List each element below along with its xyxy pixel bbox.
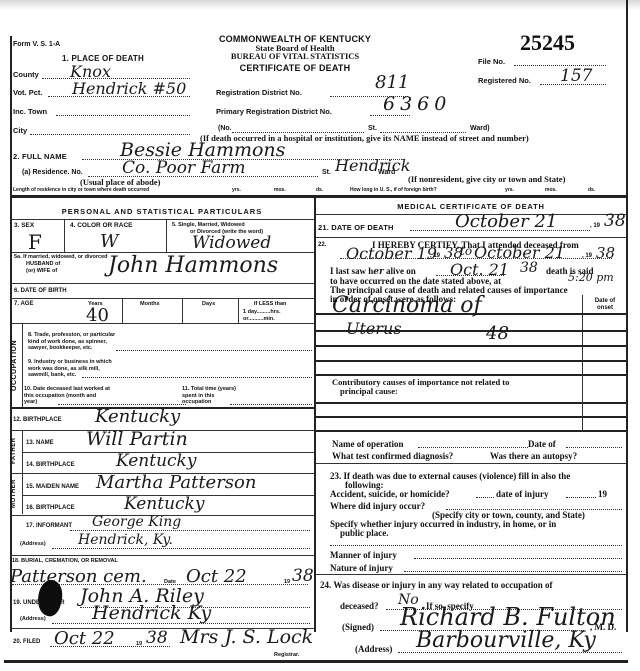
date-of-death-year[interactable]: 38 bbox=[604, 211, 626, 231]
burial-date-value[interactable]: Oct 22 bbox=[186, 566, 247, 587]
physician-address-value[interactable]: Barbourville, Ky bbox=[416, 628, 596, 653]
spouse-value[interactable]: John Hammons bbox=[108, 253, 278, 278]
last-saw-text-2: alive on bbox=[386, 266, 416, 276]
nature-label: Nature of injury bbox=[330, 563, 393, 573]
father-name-value[interactable]: Will Partin bbox=[86, 428, 188, 450]
attended-to-label: to bbox=[460, 244, 472, 258]
total-time-label: 11. Total time (years) spent in this occ… bbox=[182, 386, 236, 406]
race-value[interactable]: W bbox=[100, 231, 119, 252]
informant-address-line bbox=[52, 548, 310, 549]
race-label: 4. COLOR OR RACE bbox=[70, 222, 132, 229]
autopsy-label: Was there an autopsy? bbox=[490, 451, 577, 461]
primary-registration-line bbox=[370, 115, 410, 116]
birthplace-label: 12. BIRTHPLACE bbox=[13, 417, 62, 424]
age-divider bbox=[238, 298, 239, 323]
residence-st-value[interactable]: Hendrick bbox=[335, 156, 410, 175]
injury-date-label: date of injury bbox=[496, 489, 549, 499]
cause-rule bbox=[316, 374, 626, 376]
city-ward-label: Ward) bbox=[470, 125, 490, 132]
residence-st-label: St. bbox=[322, 169, 331, 176]
row-rule bbox=[316, 463, 626, 464]
last-worked-field[interactable] bbox=[58, 404, 186, 405]
total-time-field[interactable] bbox=[230, 404, 312, 405]
residence-value[interactable]: Co. Poor Farm bbox=[122, 158, 246, 178]
accident-field[interactable] bbox=[476, 497, 494, 498]
row-rule bbox=[316, 574, 626, 575]
date-onset-label-2: onset bbox=[587, 305, 623, 312]
occupation-side-divider bbox=[22, 323, 23, 407]
onset-column-divider bbox=[582, 370, 583, 432]
primary-registration-value[interactable]: 6360 bbox=[383, 93, 451, 115]
contributory-rule bbox=[316, 402, 626, 404]
date-of-death-year-prefix: , 19 bbox=[590, 223, 600, 230]
age-divider bbox=[182, 298, 183, 323]
mother-birthplace-value[interactable]: Kentucky bbox=[124, 494, 204, 514]
last-saw-year[interactable]: 38 bbox=[520, 260, 538, 276]
test-label: What test confirmed diagnosis? bbox=[332, 451, 453, 461]
attended-to-year[interactable]: 38 bbox=[596, 244, 615, 262]
cause-line-1[interactable]: Carcinoma of bbox=[332, 293, 482, 318]
trade-label-3: sawyer, bookkeeper, etc. bbox=[28, 345, 115, 352]
scan-edge bbox=[0, 0, 640, 10]
spouse-label-3: (or) WIFE of bbox=[26, 268, 57, 275]
total-time-label-1: 11. Total time (years) bbox=[182, 386, 236, 393]
deceased-label: deceased? bbox=[340, 601, 379, 611]
row-rule bbox=[10, 323, 314, 324]
time-of-death-value[interactable]: 5:20 pm bbox=[568, 271, 614, 284]
race-marital-divider bbox=[166, 219, 167, 252]
vot-pct-value[interactable]: Hendrick #50 bbox=[72, 79, 186, 98]
mother-side-label: MOTHER bbox=[11, 476, 17, 512]
cause-line-2[interactable]: Uterus bbox=[346, 319, 402, 338]
informant-address-value[interactable]: Hendrick, Ky. bbox=[78, 532, 173, 548]
row-rule bbox=[10, 283, 314, 284]
filed-year-prefix: 19 bbox=[136, 641, 142, 648]
residence-ds-label: ds. bbox=[316, 187, 323, 194]
or-min-label: or..........min. bbox=[243, 316, 275, 323]
mother-name-value[interactable]: Martha Patterson bbox=[96, 472, 256, 493]
filed-label: 20. FILED bbox=[13, 639, 40, 646]
cause-annotation[interactable]: 48 bbox=[486, 323, 509, 344]
county-label: County bbox=[13, 71, 39, 78]
residence-label: (a) Residence. No. bbox=[22, 169, 83, 176]
row-rule bbox=[10, 298, 314, 299]
contributory-rule bbox=[316, 430, 626, 432]
foreign-ds-label: ds. bbox=[588, 187, 595, 194]
certificate-number: 25245 bbox=[520, 30, 575, 56]
city-st-label: St. bbox=[368, 125, 377, 132]
contributory-text-2: principal cause: bbox=[340, 386, 398, 396]
operation-field[interactable] bbox=[418, 447, 528, 448]
medical-section-title: MEDICAL CERTIFICATE OF DEATH bbox=[316, 202, 626, 211]
injury-year-label: 19 bbox=[598, 489, 607, 499]
primary-registration-label: Primary Registration District No. bbox=[216, 108, 332, 115]
informant-label: 17. INFORMANT bbox=[26, 523, 72, 530]
row-rule bbox=[316, 237, 626, 238]
date-onset-label: Date of onset bbox=[587, 298, 623, 312]
marital-value[interactable]: Widowed bbox=[192, 233, 271, 253]
nature-field[interactable] bbox=[404, 571, 622, 572]
age-divider bbox=[122, 298, 123, 323]
inc-town-label: Inc. Town bbox=[13, 108, 47, 115]
city-field[interactable] bbox=[30, 134, 190, 135]
trade-label-1: 8. Trade, profession, or particular bbox=[28, 332, 115, 339]
vot-pct-label: Vot. Pct. bbox=[13, 89, 42, 96]
frame-right bbox=[626, 0, 628, 632]
burial-label: 18. BURIAL, CREMATION, OR REMOVAL bbox=[12, 558, 118, 565]
registrar-label: Registrar. bbox=[274, 652, 299, 659]
certificate-title: CERTIFICATE OF DEATH bbox=[210, 63, 380, 73]
length-residence-label: Length of residence in city or town wher… bbox=[13, 187, 149, 194]
attended-from-value[interactable]: October 19 bbox=[346, 244, 437, 263]
certify-number: 22. bbox=[318, 242, 326, 249]
date-of-death-value[interactable]: October 21 bbox=[455, 211, 557, 232]
city-no-label: (No. bbox=[218, 125, 232, 132]
center-divider bbox=[314, 198, 316, 632]
registration-district-value[interactable]: 811 bbox=[375, 72, 409, 93]
nonresident-note: (If nonresident, give city or town and S… bbox=[408, 174, 565, 184]
last-worked-label-1: 10. Date deceased last worked at bbox=[24, 386, 110, 393]
occupation-side-label: OCCUPATION bbox=[11, 330, 18, 400]
mother-birthplace-label: 16. BIRTHPLACE bbox=[26, 505, 75, 512]
title-block: COMMONWEALTH OF KENTUCKY State Board of … bbox=[210, 34, 380, 73]
cause-rule bbox=[316, 345, 626, 347]
informant-address-label: (Address) bbox=[20, 541, 46, 548]
registered-no-label: Registered No. bbox=[478, 77, 531, 84]
undertaker-address-label: (Address) bbox=[20, 616, 46, 623]
industry-label: 9. Industry or business in which work wa… bbox=[28, 359, 112, 379]
cause-rule bbox=[316, 360, 626, 362]
personal-section-title: PERSONAL AND STATISTICAL PARTICULARS bbox=[10, 207, 314, 216]
spouse-label-1: 5a. If married, widowed, or divorced bbox=[14, 254, 108, 261]
foreign-birth-label: How long in U. S., if of foreign birth? bbox=[350, 187, 437, 194]
manner-field[interactable] bbox=[414, 558, 622, 559]
informant-value[interactable]: George King bbox=[92, 514, 181, 530]
residence-yrs-label: yrs. bbox=[232, 187, 241, 194]
operation-label: Name of operation bbox=[332, 439, 404, 449]
signed-value[interactable]: Richard B. Fulton bbox=[400, 603, 616, 631]
occupation-related-text: 24. Was disease or injury in any way rel… bbox=[320, 580, 553, 590]
father-birthplace-label: 14. BIRTHPLACE bbox=[26, 462, 75, 469]
personal-title-rule bbox=[10, 219, 314, 220]
day-hrs-label: 1 day.........hrs. bbox=[243, 309, 281, 316]
row-rule bbox=[10, 555, 314, 556]
attended-to-year-prefix: , 19 bbox=[582, 253, 592, 260]
age-label: 7. AGE bbox=[14, 301, 33, 308]
filed-value[interactable]: Oct 22 bbox=[54, 628, 115, 649]
marital-label-1: 5. Single, Married, Widowed bbox=[172, 222, 245, 229]
date-onset-label-1: Date of bbox=[587, 298, 623, 305]
trade-field[interactable] bbox=[116, 350, 312, 351]
sex-value[interactable]: F bbox=[28, 230, 42, 254]
father-birthplace-value[interactable]: Kentucky bbox=[116, 451, 196, 471]
operation-date-field[interactable] bbox=[566, 447, 622, 448]
filed-year-value[interactable]: 38 bbox=[146, 628, 168, 648]
burial-year-value[interactable]: 38 bbox=[292, 566, 314, 586]
header-divider bbox=[10, 195, 628, 198]
inc-town-field[interactable] bbox=[56, 115, 190, 116]
public-place-field[interactable] bbox=[330, 545, 622, 546]
undertaker-address-value[interactable]: Hendrick Ky bbox=[92, 602, 211, 624]
dob-label: 6. DATE OF BIRTH bbox=[14, 288, 67, 295]
bureau-name: BUREAU OF VITAL STATISTICS bbox=[210, 52, 380, 61]
where-label: Where did injury occur? bbox=[330, 501, 425, 511]
industry-label-1: 9. Industry or business in which bbox=[28, 359, 112, 366]
form-id: Form V. S. 1-A bbox=[13, 41, 60, 48]
specify-whether-2: public place. bbox=[340, 528, 389, 538]
days-label: Days bbox=[202, 301, 215, 308]
full-name-label: 2. FULL NAME bbox=[13, 152, 67, 161]
operation-date-label: Date of bbox=[528, 439, 556, 449]
attended-from-year-prefix: , 19 bbox=[430, 253, 440, 260]
mother-name-label: 15. MAIDEN NAME bbox=[26, 484, 79, 491]
contributory-rule bbox=[316, 416, 626, 418]
last-saw-text: I last saw h bbox=[330, 266, 373, 276]
registered-no-value[interactable]: 157 bbox=[560, 66, 592, 86]
burial-year-prefix: 19 bbox=[284, 579, 290, 586]
parents-side-divider bbox=[22, 430, 23, 514]
residence-mos-label: mos. bbox=[274, 187, 286, 194]
informant-line bbox=[70, 530, 310, 531]
total-time-label-3: occupation bbox=[182, 399, 236, 406]
injury-date-field[interactable] bbox=[566, 497, 596, 498]
manner-label: Manner of injury bbox=[330, 550, 397, 560]
city-label: City bbox=[13, 127, 27, 134]
registrar-value[interactable]: Mrs J. S. Lock bbox=[180, 626, 313, 648]
birthplace-value[interactable]: Kentucky bbox=[95, 406, 180, 427]
registration-district-label: Registration District No. bbox=[216, 89, 302, 96]
last-worked-label: 10. Date deceased last worked at this oc… bbox=[24, 386, 110, 406]
sex-label: 3. SEX bbox=[14, 222, 34, 229]
accident-label: Accident, suicide, or homicide? bbox=[330, 489, 450, 499]
foreign-yrs-label: yrs. bbox=[505, 187, 514, 194]
father-side-label: FATHER bbox=[11, 432, 17, 470]
foreign-mos-label: mos. bbox=[545, 187, 557, 194]
father-name-label: 13. NAME bbox=[26, 440, 54, 447]
less-than-label: If LESS than bbox=[254, 301, 286, 308]
date-of-death-label: 21. DATE OF DEATH bbox=[318, 223, 394, 232]
months-label: Months bbox=[140, 301, 160, 308]
usual-abode-note: (Usual place of abode) bbox=[80, 177, 161, 187]
physician-address-label: (Address) bbox=[355, 644, 392, 654]
file-no-label: File No. bbox=[478, 58, 505, 65]
burial-value[interactable]: Patterson cem. bbox=[10, 566, 147, 587]
spouse-label-2: HUSBAND of bbox=[26, 261, 60, 268]
frame-bottom bbox=[4, 660, 628, 663]
trade-label: 8. Trade, profession, or particular kind… bbox=[28, 332, 115, 352]
residence-ward-label: Ward bbox=[378, 169, 395, 176]
sex-race-divider bbox=[64, 219, 65, 252]
industry-field[interactable] bbox=[82, 377, 312, 378]
signed-label: (Signed) bbox=[342, 622, 374, 632]
